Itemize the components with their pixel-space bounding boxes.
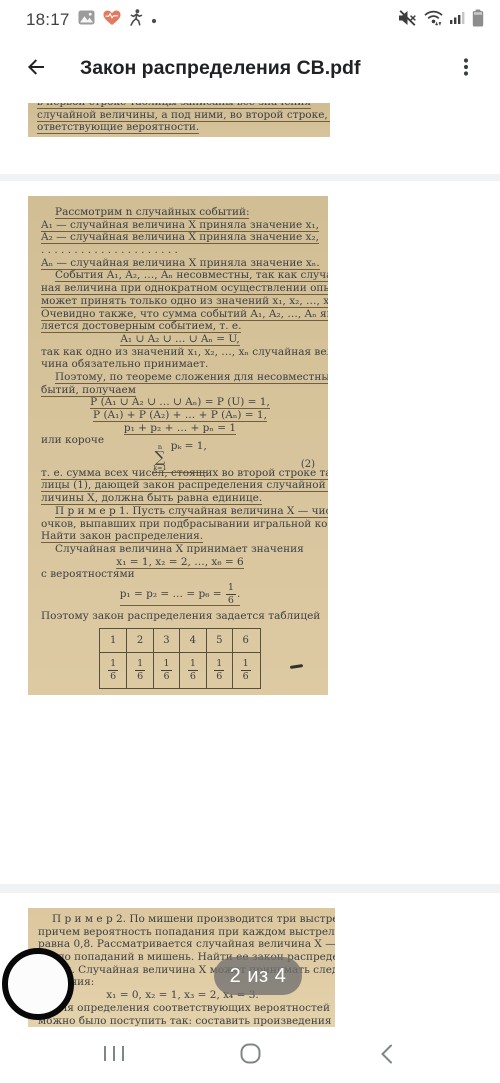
text-line: равна 0,8. Рассматривается случайная вел…: [38, 938, 327, 951]
text-line: случайной величины, а под ними, во второ…: [37, 109, 322, 122]
kebab-menu-icon: [454, 55, 478, 82]
page-gap-divider: [0, 174, 500, 181]
text-line: Очевидно также, что сумма событий A₁, A₂…: [41, 308, 319, 321]
home-button[interactable]: [228, 1033, 272, 1077]
text-line: очков, выпавших при подбрасывании играль…: [41, 518, 319, 531]
table-probability-cell: 16: [100, 653, 126, 688]
main-lines-2: т. е. сумма всех чисел, стоящих во второ…: [41, 467, 319, 581]
table-value-cell: 2: [126, 629, 152, 652]
text-line: так как одно из значений x₁, x₂, …, xₙ с…: [41, 346, 319, 359]
recents-icon: [103, 1045, 125, 1065]
page-indicator-badge: 2 из 4: [214, 957, 302, 995]
pdf-page-2-scan: Рассмотрим n случайных событий:A₁ — случ…: [28, 196, 328, 695]
sum-formula: n∑k=1pₖ = 1, (2): [41, 450, 319, 463]
pdf-page-1-scan: в первой строке таблицы записаны все зна…: [28, 103, 330, 137]
text-line: ответствующие вероятности.: [37, 121, 322, 134]
white-circle-annotation: [2, 948, 74, 1020]
table-value-cell: 3: [153, 629, 179, 652]
status-bar: 18:17: [0, 0, 500, 40]
status-right: [398, 9, 484, 32]
navigation-bar: [0, 1027, 500, 1083]
sigma-notation: n∑k=1: [153, 444, 167, 472]
clock: 18:17: [26, 10, 70, 30]
more-notifications-dot: [151, 11, 157, 29]
table-probability-cell: 16: [232, 653, 258, 688]
table-value-cell: 4: [179, 629, 205, 652]
text-line: П р и м е р 2. По мишени производится тр…: [38, 913, 327, 926]
text-line: личины X, должна быть равна единице.: [41, 492, 319, 505]
strip-top-lines: в первой строке таблицы записаны все зна…: [37, 103, 322, 134]
text-line: Поэтому закон распределения задается таб…: [41, 610, 319, 623]
text-line: A₁ ∪ A₂ ∪ … ∪ Aₙ = U,: [41, 333, 319, 346]
text-line: с вероятностями: [41, 568, 319, 581]
table-probability-cell: 16: [179, 653, 205, 688]
text-line: ляется достоверным событием, т. е.: [41, 320, 319, 333]
pencil-mark: [290, 664, 303, 669]
text-line: может принять только одно из значений x₁…: [41, 295, 319, 308]
text-line: Найти закон распределения.: [41, 530, 319, 543]
text-line: p₁ + p₂ + … + pₙ = 1: [41, 422, 319, 435]
page-gap-divider-2: [0, 884, 500, 893]
back-nav-button[interactable]: [364, 1033, 408, 1077]
text-line: P (A₁) + P (A₂) + … + P (Aₙ) = 1,: [41, 409, 319, 422]
text-line: Aₙ — случайная величина X приняла значен…: [41, 257, 319, 270]
text-line: лицы (1), дающей закон распределения слу…: [41, 479, 319, 492]
text-line: чина обязательно принимает.: [41, 358, 319, 371]
text-line: причем вероятность попадания при каждом …: [38, 926, 327, 939]
recents-button[interactable]: [92, 1033, 136, 1077]
text-line: P (A₁ ∪ A₂ ∪ … ∪ Aₙ) = P (U) = 1,: [41, 396, 319, 409]
home-icon: [240, 1043, 261, 1067]
distribution-table: 123456161616161616: [99, 628, 261, 689]
table-value-cell: 1: [100, 629, 126, 652]
signal-strength-icon: [450, 10, 466, 30]
battery-icon: [472, 9, 484, 32]
back-button[interactable]: [14, 46, 58, 90]
main-lines-1: Рассмотрим n случайных событий:A₁ — случ…: [41, 206, 319, 447]
equation-number: (2): [301, 459, 315, 472]
table-value-cell: 6: [232, 629, 258, 652]
sum-formula-body: n∑k=1pₖ = 1,: [153, 440, 207, 473]
table-probability-cell: 16: [206, 653, 232, 688]
text-line: Рассмотрим n случайных событий:: [41, 206, 319, 219]
back-icon: [380, 1044, 393, 1067]
table-value-cell: 5: [206, 629, 232, 652]
text-line: x₁ = 1, x₂ = 2, …, x₆ = 6: [41, 556, 319, 569]
text-line: A₂ — случайная величина X приняла значен…: [41, 231, 319, 244]
text-line: . . . . . . . . . . . . . . . . . . . . …: [41, 244, 319, 257]
health-heart-icon: [103, 10, 121, 31]
document-title: Закон распределения СВ.pdf: [80, 57, 444, 80]
text-line: можно было поступить так: составить прои…: [38, 1015, 327, 1028]
mute-icon: [398, 10, 417, 31]
gallery-icon: [78, 10, 95, 30]
arrow-left-icon: [24, 55, 48, 82]
text-line: Случайная величина X принимает значения: [41, 543, 319, 556]
toolbar: Закон распределения СВ.pdf: [0, 40, 500, 96]
text-line: П р и м е р 1. Пусть случайная величина …: [41, 505, 319, 518]
status-left: 18:17: [26, 9, 157, 31]
text-line: ная величина при однократном осуществлен…: [41, 282, 319, 295]
table-probability-cell: 16: [126, 653, 152, 688]
fraction: 16: [226, 583, 236, 605]
sigma-symbol: ∑: [155, 450, 166, 465]
text-line: Для определения соответствующих вероятно…: [38, 1002, 327, 1015]
wifi-icon: [423, 9, 444, 31]
workout-runner-icon: [129, 9, 143, 31]
probability-formula: p₁ = p₂ = … = p₆ = 16.: [41, 582, 319, 608]
phone-screen: 18:17 Закон распределения СВ.pdf в перво…: [0, 0, 500, 1083]
table-probability-cell: 16: [153, 653, 179, 688]
text-line: События A₁, A₂, …, Aₙ несовместны, так к…: [41, 269, 319, 282]
overflow-menu-button[interactable]: [444, 46, 488, 90]
text-line: A₁ — случайная величина X приняла значен…: [41, 219, 319, 232]
text-line: в первой строке таблицы записаны все зна…: [37, 103, 322, 109]
text-line: Поэтому, по теореме сложения для несовме…: [41, 371, 319, 384]
main-lines-3: Поэтому закон распределения задается таб…: [41, 610, 319, 623]
text-line: бытий, получаем: [41, 384, 319, 397]
